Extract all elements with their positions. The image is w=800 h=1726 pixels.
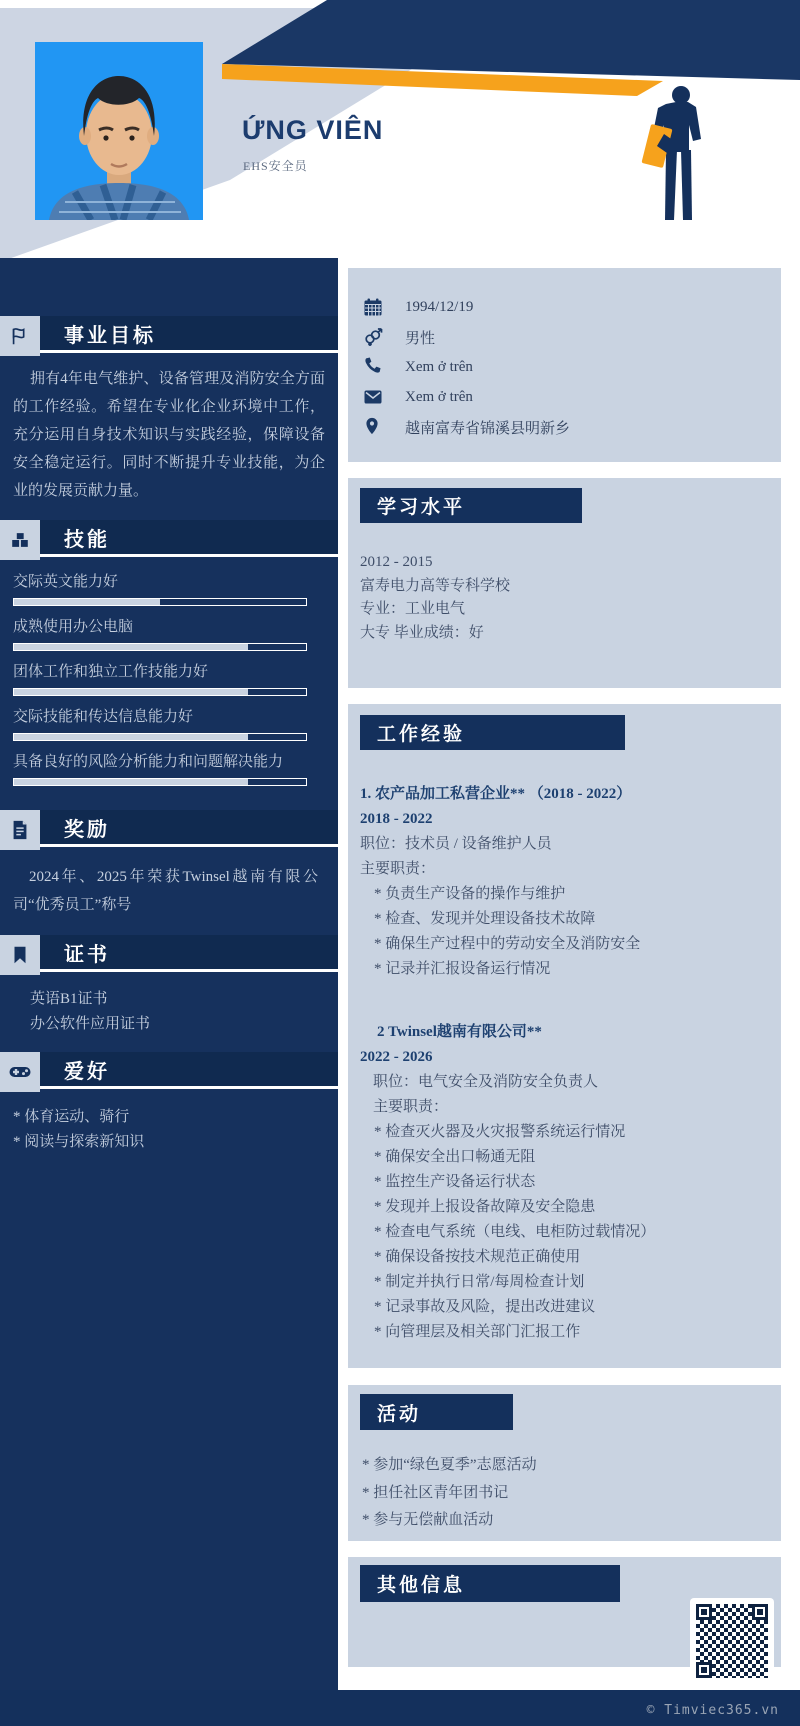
skill-item: 交际英文能力好 xyxy=(13,572,307,606)
job-1-duties: * 负责生产设备的操作与维护* 检查、发现并处理设备技术故障* 确保生产过程中的… xyxy=(360,882,781,982)
phone-icon xyxy=(363,357,383,377)
gender-value: 男性 xyxy=(405,327,435,348)
skill-item: 团体工作和独立工作技能力好 xyxy=(13,662,307,696)
skill-progress-fill xyxy=(14,644,248,650)
experience-title: 工作经验 xyxy=(360,715,625,750)
skill-progress-track xyxy=(13,778,307,786)
experience-panel: 工作经验 1. 农产品加工私营企业** （2018 - 2022） 2018 -… xyxy=(348,704,781,1368)
main-column: 1994/12/19 男性 Xem ở trên xyxy=(348,268,781,1667)
calendar-icon xyxy=(363,297,383,317)
skill-progress-track xyxy=(13,598,307,606)
address-value: 越南富寿省锦溪县明新乡 xyxy=(405,417,570,438)
job-duty: * 监控生产设备运行状态 xyxy=(360,1170,781,1195)
flag-icon xyxy=(0,316,40,356)
gender-row: 男性 xyxy=(363,322,781,352)
birthday-row: 1994/12/19 xyxy=(363,292,781,322)
job-duty: * 负责生产设备的操作与维护 xyxy=(360,882,781,907)
skill-progress-fill xyxy=(14,599,160,605)
job-duty: * 检查电气系统（电线、电柜防过载情况） xyxy=(360,1220,781,1245)
skill-progress-track xyxy=(13,733,307,741)
qr-finder-top-left xyxy=(696,1604,712,1620)
activities-panel: 活动 * 参加“绿色夏季”志愿活动* 担任社区青年团书记* 参与无偿献血活动 xyxy=(348,1385,781,1541)
job-duty: * 确保设备按技术规范正确使用 xyxy=(360,1245,781,1270)
phone-value: Xem ở trên xyxy=(405,359,473,376)
envelope-icon xyxy=(363,387,383,407)
objective-text: 拥有4年电气维护、设备管理及消防安全方面的工作经验。希望在专业化企业环境中工作，… xyxy=(0,365,338,505)
job-1-duties-label: 主要职责： xyxy=(360,857,781,882)
job-duty: * 向管理层及相关部门汇报工作 xyxy=(360,1320,781,1345)
candidate-job-title: EHS安全员 xyxy=(243,157,308,174)
job-1-position: 职位：技术员 / 设备维护人员 xyxy=(360,832,781,857)
header: ỨNG VIÊN EHS安全员 xyxy=(0,0,800,258)
job-2-heading: 2 Twinsel越南有限公司** xyxy=(360,1020,781,1045)
skill-progress-fill xyxy=(14,779,248,785)
skill-item: 成熟使用办公电脑 xyxy=(13,617,307,651)
skill-label: 交际技能和传达信息能力好 xyxy=(13,707,307,727)
qr-finder-bottom-left xyxy=(696,1662,712,1678)
job-duty: * 确保生产过程中的劳动安全及消防安全 xyxy=(360,932,781,957)
education-major: 专业：工业电气 xyxy=(360,598,781,622)
job-2-duties-label: 主要职责： xyxy=(360,1095,781,1120)
activities-list: * 参加“绿色夏季”志愿活动* 担任社区青年团书记* 参与无偿献血活动 xyxy=(360,1452,781,1535)
education-details: 2012 - 2015 富寿电力高等专科学校 专业：工业电气 大专 毕业成绩：好 xyxy=(360,551,781,645)
qr-pattern xyxy=(696,1604,768,1678)
activity-item: * 担任社区青年团书记 xyxy=(362,1480,781,1508)
candidate-name: ỨNG VIÊN xyxy=(242,115,383,146)
other-info-title: 其他信息 xyxy=(360,1565,620,1602)
watermark: © Timviec365.vn xyxy=(647,1703,779,1718)
certificate-item: 办公软件应用证书 xyxy=(30,1012,338,1037)
qr-finder-top-right xyxy=(752,1604,768,1620)
job-1-period: 2018 - 2022 xyxy=(360,807,781,832)
section-header-skills: 技能 xyxy=(0,520,338,560)
cubes-icon xyxy=(0,520,40,560)
section-header-awards: 奖励 xyxy=(0,810,338,850)
hobby-item: * 体育运动、骑行 xyxy=(13,1105,338,1130)
objective-title: 事业目标 xyxy=(40,316,338,353)
job-2-duties: * 检查灭火器及火灾报警系统运行情况* 确保安全出口畅通无阻* 监控生产设备运行… xyxy=(360,1120,781,1345)
skills-list: 交际英文能力好 成熟使用办公电脑 团体工作和独立工作技能力好 xyxy=(0,572,338,786)
gamepad-icon xyxy=(0,1052,40,1092)
section-header-hobbies: 爱好 xyxy=(0,1052,338,1092)
certificates-title: 证书 xyxy=(40,935,338,972)
certificate-item: 英语B1证书 xyxy=(30,987,338,1012)
activity-item: * 参与无偿献血活动 xyxy=(362,1507,781,1535)
certificates-list: 英语B1证书办公软件应用证书 xyxy=(0,987,338,1037)
education-degree: 大专 毕业成绩：好 xyxy=(360,622,781,646)
sidebar: 事业目标 拥有4年电气维护、设备管理及消防安全方面的工作经验。希望在专业化企业环… xyxy=(0,258,338,1690)
job-duty: * 检查、发现并处理设备技术故障 xyxy=(360,907,781,932)
address-row: 越南富寿省锦溪县明新乡 xyxy=(363,412,781,442)
skill-progress-fill xyxy=(14,734,248,740)
awards-text: 2024年、2025年荣获Twinsel越南有限公司“优秀员工”称号 xyxy=(0,863,338,919)
job-2: 2 Twinsel越南有限公司** 2022 - 2026 职位：电气安全及消防… xyxy=(360,1020,781,1345)
education-school: 富寿电力高等专科学校 xyxy=(360,575,781,599)
birthday-value: 1994/12/19 xyxy=(405,299,473,316)
bookmark-icon xyxy=(0,935,40,975)
job-duty: * 制定并执行日常/每周检查计划 xyxy=(360,1270,781,1295)
resume-page: ỨNG VIÊN EHS安全员 事业目标 xyxy=(0,0,800,1726)
skills-title: 技能 xyxy=(40,520,338,557)
section-header-objective: 事业目标 xyxy=(0,316,338,356)
email-row: Xem ở trên xyxy=(363,382,781,412)
phone-row: Xem ở trên xyxy=(363,352,781,382)
avatar xyxy=(35,42,203,220)
skill-label: 具备良好的风险分析能力和问题解决能力 xyxy=(13,752,307,772)
skill-progress-track xyxy=(13,643,307,651)
skill-label: 成熟使用办公电脑 xyxy=(13,617,307,637)
hobby-item: * 阅读与探索新知识 xyxy=(13,1130,338,1155)
job-2-period: 2022 - 2026 xyxy=(360,1045,781,1070)
skill-progress-track xyxy=(13,688,307,696)
education-period: 2012 - 2015 xyxy=(360,551,781,575)
skill-item: 交际技能和传达信息能力好 xyxy=(13,707,307,741)
skill-item: 具备良好的风险分析能力和问题解决能力 xyxy=(13,752,307,786)
job-1-heading: 1. 农产品加工私营企业** （2018 - 2022） xyxy=(360,782,781,807)
document-icon xyxy=(0,810,40,850)
awards-title: 奖励 xyxy=(40,810,338,847)
skill-progress-fill xyxy=(14,689,248,695)
personal-info-panel: 1994/12/19 男性 Xem ở trên xyxy=(348,268,781,462)
hobbies-title: 爱好 xyxy=(40,1052,338,1089)
job-duty: * 确保安全出口畅通无阻 xyxy=(360,1145,781,1170)
hobbies-list: * 体育运动、骑行* 阅读与探索新知识 xyxy=(0,1105,338,1155)
worker-silhouette-icon xyxy=(638,84,706,224)
job-2-position: 职位：电气安全及消防安全负责人 xyxy=(360,1070,781,1095)
skill-label: 交际英文能力好 xyxy=(13,572,307,592)
job-duty: * 发现并上报设备故障及安全隐患 xyxy=(360,1195,781,1220)
job-duty: * 记录并汇报设备运行情况 xyxy=(360,957,781,982)
email-value: Xem ở trên xyxy=(405,389,473,406)
section-header-certificates: 证书 xyxy=(0,935,338,975)
skill-label: 团体工作和独立工作技能力好 xyxy=(13,662,307,682)
education-panel: 学习水平 2012 - 2015 富寿电力高等专科学校 专业：工业电气 大专 毕… xyxy=(348,478,781,688)
job-1: 1. 农产品加工私营企业** （2018 - 2022） 2018 - 2022… xyxy=(360,782,781,982)
job-duty: * 检查灭火器及火灾报警系统运行情况 xyxy=(360,1120,781,1145)
profile-photo xyxy=(35,42,203,220)
location-pin-icon xyxy=(363,417,383,437)
activity-item: * 参加“绿色夏季”志愿活动 xyxy=(362,1452,781,1480)
activities-title: 活动 xyxy=(360,1394,513,1430)
gender-icon xyxy=(363,327,383,347)
education-title: 学习水平 xyxy=(360,488,582,523)
job-duty: * 记录事故及风险，提出改进建议 xyxy=(360,1295,781,1320)
qr-code xyxy=(690,1598,774,1684)
